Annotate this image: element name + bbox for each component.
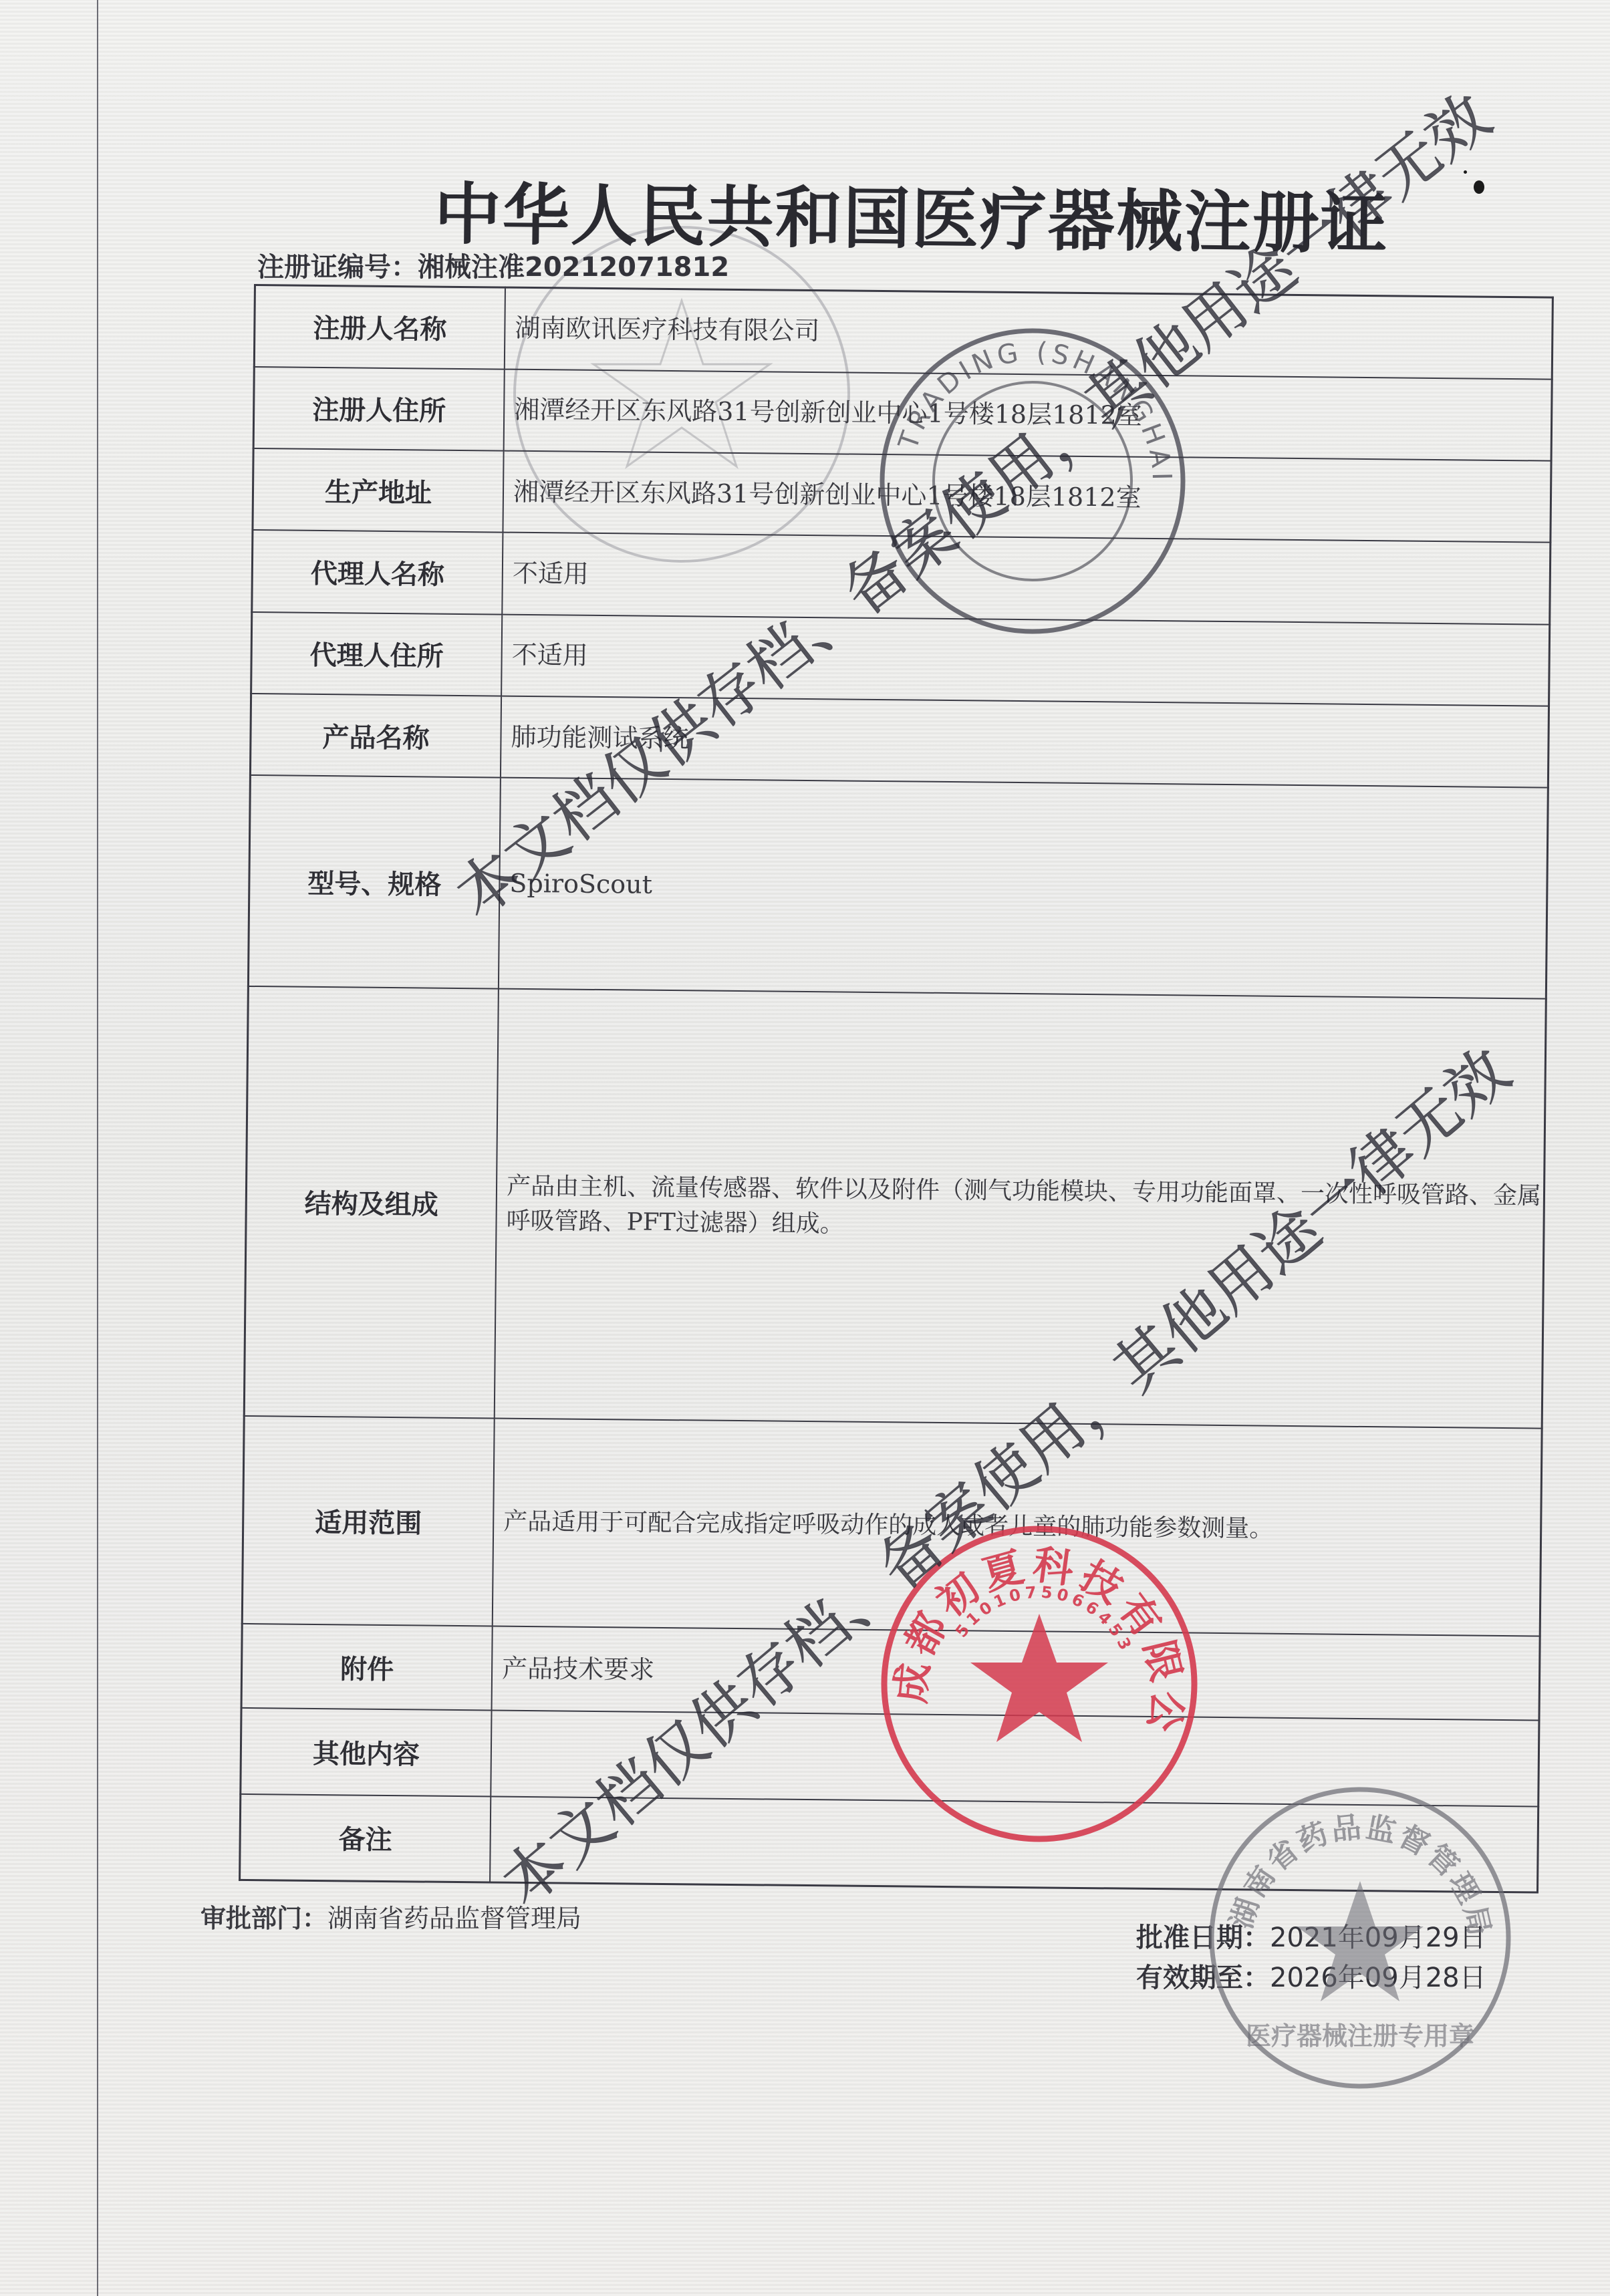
authority-seal: 湖南省药品监督管理局 医疗器械注册专用章 xyxy=(1203,1781,1517,2095)
field-label: 注册人名称 xyxy=(254,285,505,370)
field-label: 适用范围 xyxy=(242,1416,494,1626)
registration-number-label: 注册证编号： xyxy=(257,252,418,283)
field-label: 其他内容 xyxy=(241,1708,492,1796)
field-label: 代理人住所 xyxy=(251,612,503,696)
field-label: 产品名称 xyxy=(250,694,501,778)
field-value: 不适用 xyxy=(502,533,1551,624)
table-row: 型号、规格 SpiroScout xyxy=(248,775,1548,999)
field-label: 附件 xyxy=(241,1624,493,1711)
page-edge-line xyxy=(97,0,98,2296)
svg-text:医疗器械注册专用章: 医疗器械注册专用章 xyxy=(1246,2021,1474,2051)
table-row: 注册人名称 湖南欧讯医疗科技有限公司 xyxy=(254,285,1553,380)
field-label: 注册人住所 xyxy=(253,367,505,451)
field-label: 备注 xyxy=(240,1794,491,1882)
field-value: 产品由主机、流量传感器、软件以及附件（测气功能模块、专用功能面罩、一次性呼吸管路… xyxy=(495,989,1547,1429)
field-value: SpiroScout xyxy=(499,778,1548,999)
table-row: 产品名称 肺功能测试系统 xyxy=(250,694,1549,788)
field-label: 结构及组成 xyxy=(244,986,499,1418)
speck xyxy=(1474,180,1484,194)
table-row: 代理人住所 不适用 xyxy=(251,612,1550,706)
field-value: 湖南欧讯医疗科技有限公司 xyxy=(505,287,1553,379)
registration-number: 注册证编号：湘械注准20212071812 xyxy=(257,246,729,284)
approval-dept-label: 审批部门： xyxy=(200,1904,327,1933)
field-label: 生产地址 xyxy=(253,448,504,533)
field-label: 代理人名称 xyxy=(252,530,503,614)
table-row: 注册人住所 湘潭经开区东风路31号创新创业中心1号楼18层1812室 xyxy=(253,367,1552,461)
registration-number-value: 湘械注准20212071812 xyxy=(418,252,729,283)
